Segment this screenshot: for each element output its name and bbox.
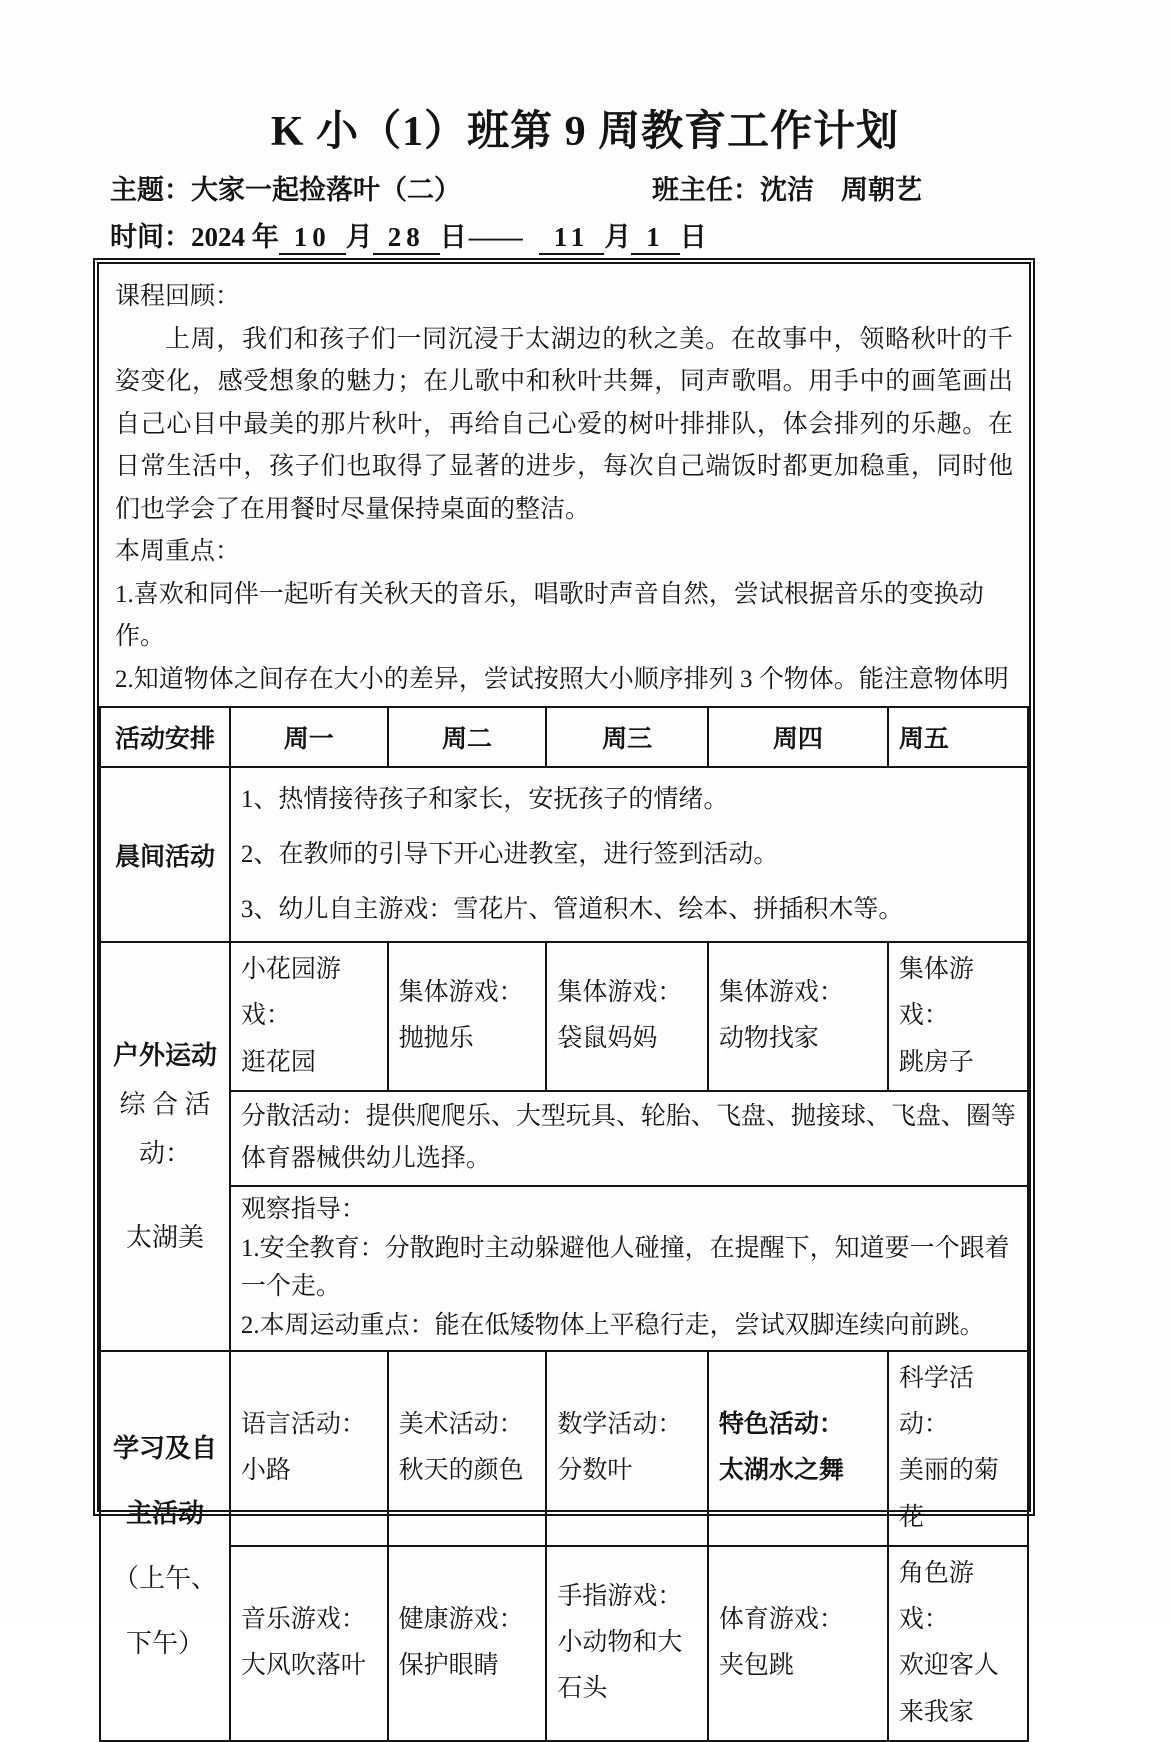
cell-name: 美丽的菊花	[899, 1448, 1017, 1541]
cell-title: 集体游戏：	[557, 970, 696, 1016]
learning-label-title: 学习及自 主活动	[111, 1416, 219, 1546]
morning-line-3: 3、幼儿自主游戏：雪花片、管道积木、绘本、拼插积木等。	[241, 882, 1017, 937]
page-title: K 小（1）班第 9 周教育工作计划	[0, 98, 1170, 158]
outdoor-label-theme: 太湖美	[111, 1213, 219, 1262]
cell-title: 健康游戏：	[399, 1597, 536, 1643]
learning-activity-label: 学习及自 主活动 （上午、 下午）	[100, 1351, 230, 1741]
cell-title: 集体游戏：	[399, 970, 536, 1016]
learning2-monday-cell: 音乐游戏： 大风吹落叶	[230, 1546, 388, 1741]
dispersed-activity-text: 分散活动：提供爬爬乐、大型玩具、轮胎、飞盘、抛接球、飞盘、圈等体育器械供幼儿选择…	[230, 1091, 1028, 1186]
learning-row-1: 学习及自 主活动 （上午、 下午） 语言活动： 小路 美术活动： 秋天的颜色 数…	[100, 1351, 1028, 1546]
cell-name: 小动物和大石头	[557, 1620, 696, 1713]
learning-row-2: 音乐游戏： 大风吹落叶 健康游戏： 保护眼睛 手指游戏： 小动物和大石头 体育游…	[100, 1546, 1028, 1741]
outdoor-thursday-cell: 集体游戏： 动物找家	[708, 942, 888, 1091]
month-unit: 月	[604, 222, 631, 252]
cell-title: 集体游戏：	[719, 970, 877, 1016]
cell-name: 夹包跳	[719, 1643, 877, 1689]
column-header-wednesday: 周三	[546, 707, 707, 767]
dispersed-activity-row: 分散活动：提供爬爬乐、大型玩具、轮胎、飞盘、抛接球、飞盘、圈等体育器械供幼儿选择…	[100, 1091, 1028, 1186]
weekly-focus-heading: 本周重点：	[115, 531, 1013, 574]
learning2-friday-cell: 角色游戏： 欢迎客人来我家	[888, 1546, 1028, 1741]
morning-activity-row: 晨间活动 1、热情接待孩子和家长，安抚孩子的情绪。 2、在教师的引导下开心进教室…	[100, 767, 1028, 942]
outdoor-friday-cell: 集体游戏： 跳房子	[888, 942, 1028, 1091]
learning1-wednesday-cell: 数学活动： 分数叶	[546, 1351, 707, 1546]
cell-name: 跳房子	[899, 1040, 1017, 1086]
cell-title: 科学活动：	[899, 1356, 1017, 1449]
cell-name: 小路	[241, 1448, 377, 1494]
cell-title: 手指游戏：	[557, 1574, 696, 1620]
cell-title: 美术活动：	[399, 1402, 536, 1448]
focus-item-2: 2.知道物体之间存在大小的差异，尝试按照大小顺序排列 3 个物体。能注意物体明显…	[115, 659, 1013, 707]
morning-line-1: 1、热情接待孩子和家长，安抚孩子的情绪。	[241, 772, 1017, 827]
review-heading: 课程回顾：	[115, 276, 1013, 319]
intro-text-block: 课程回顾： 上周，我们和孩子们一同沉浸于太湖边的秋之美。在故事中，领略秋叶的千姿…	[99, 264, 1029, 706]
cell-name: 袋鼠妈妈	[557, 1016, 696, 1062]
head-teacher-label: 班主任：沈洁 周朝艺	[652, 168, 922, 207]
cell-title: 数学活动：	[557, 1402, 696, 1448]
observation-item-2: 2.本周运动重点：能在低矮物体上平稳行走，尝试双脚连续向前跳。	[241, 1307, 1017, 1346]
column-header-tuesday: 周二	[388, 707, 547, 767]
cell-name: 欢迎客人来我家	[899, 1643, 1017, 1736]
start-month-value: 10	[279, 222, 346, 255]
day-unit: 日	[680, 222, 707, 252]
start-day-value: 28	[373, 222, 440, 255]
outdoor-tuesday-cell: 集体游戏： 抛抛乐	[388, 942, 547, 1091]
spacer	[111, 1179, 219, 1213]
observation-guidance-cell: 观察指导： 1.安全教育：分散跑时主动躲避他人碰撞，在提醒下，知道要一个跟着一个…	[230, 1186, 1028, 1351]
learning2-thursday-cell: 体育游戏： 夹包跳	[708, 1546, 888, 1741]
outdoor-label-subtitle: 综 合 活 动：	[111, 1080, 219, 1179]
cell-name: 秋天的颜色	[399, 1448, 536, 1494]
learning2-tuesday-cell: 健康游戏： 保护眼睛	[388, 1546, 547, 1741]
outdoor-sports-label: 户外运动 综 合 活 动： 太湖美	[100, 942, 230, 1351]
cell-name: 保护眼睛	[399, 1643, 536, 1689]
cell-title: 小花园游戏：	[241, 947, 377, 1040]
cell-title: 角色游戏：	[899, 1551, 1017, 1644]
end-month-value: 11	[539, 222, 605, 255]
learning-label-time: （上午、 下午）	[111, 1546, 219, 1676]
date-range-dash: ——	[467, 222, 525, 252]
morning-line-2: 2、在教师的引导下开心进教室，进行签到活动。	[241, 827, 1017, 882]
outdoor-label-title: 户外运动	[111, 1031, 219, 1080]
theme-label: 主题：大家一起捡落叶（二）	[110, 168, 461, 207]
table-header-row: 活动安排 周一 周二 周三 周四 周五	[100, 707, 1028, 767]
cell-name: 太湖水之舞	[719, 1448, 877, 1494]
column-header-thursday: 周四	[708, 707, 888, 767]
content-box: 课程回顾： 上周，我们和孩子们一同沉浸于太湖边的秋之美。在故事中，领略秋叶的千姿…	[93, 258, 1035, 1516]
observation-heading: 观察指导：	[241, 1191, 1017, 1230]
document-page: K 小（1）班第 9 周教育工作计划 主题：大家一起捡落叶（二） 班主任：沈洁 …	[0, 0, 1170, 1620]
cell-title: 体育游戏：	[719, 1597, 877, 1643]
info-row: 主题：大家一起捡落叶（二） 班主任：沈洁 周朝艺	[0, 168, 1170, 204]
morning-activity-content: 1、热情接待孩子和家长，安抚孩子的情绪。 2、在教师的引导下开心进教室，进行签到…	[230, 767, 1028, 942]
morning-activity-label: 晨间活动	[100, 767, 230, 942]
observation-guidance-row: 观察指导： 1.安全教育：分散跑时主动躲避他人碰撞，在提醒下，知道要一个跟着一个…	[100, 1186, 1028, 1351]
time-line: 时间：2024 年10月28日——11月1日	[110, 215, 707, 255]
schedule-table: 活动安排 周一 周二 周三 周四 周五 晨间活动 1、热情接待孩子和家长，安抚孩…	[99, 706, 1029, 1742]
day-unit: 日	[440, 222, 467, 252]
cell-name: 抛抛乐	[399, 1016, 536, 1062]
cell-title: 特色活动：	[719, 1402, 877, 1448]
column-header-monday: 周一	[230, 707, 388, 767]
outdoor-monday-cell: 小花园游戏： 逛花园	[230, 942, 388, 1091]
cell-title: 语言活动：	[241, 1402, 377, 1448]
focus-item-1: 1.喜欢和同伴一起听有关秋天的音乐，唱歌时声音自然，尝试根据音乐的变换动作。	[115, 574, 1013, 659]
review-paragraph: 上周，我们和孩子们一同沉浸于太湖边的秋之美。在故事中，领略秋叶的千姿变化，感受想…	[115, 319, 1013, 532]
cell-name: 逛花园	[241, 1040, 377, 1086]
cell-name: 大风吹落叶	[241, 1643, 377, 1689]
cell-title: 音乐游戏：	[241, 1597, 377, 1643]
cell-title: 集体游戏：	[899, 947, 1017, 1040]
learning1-tuesday-cell: 美术活动： 秋天的颜色	[388, 1351, 547, 1546]
learning2-wednesday-cell: 手指游戏： 小动物和大石头	[546, 1546, 707, 1741]
column-header-activities: 活动安排	[100, 707, 230, 767]
learning1-friday-cell: 科学活动： 美丽的菊花	[888, 1351, 1028, 1546]
learning1-thursday-cell-featured: 特色活动： 太湖水之舞	[708, 1351, 888, 1546]
cell-name: 分数叶	[557, 1448, 696, 1494]
time-prefix: 时间：2024 年	[110, 222, 279, 252]
column-header-friday: 周五	[888, 707, 1028, 767]
learning1-monday-cell: 语言活动： 小路	[230, 1351, 388, 1546]
end-day-value: 1	[631, 222, 680, 255]
outdoor-wednesday-cell: 集体游戏： 袋鼠妈妈	[546, 942, 707, 1091]
month-unit: 月	[346, 222, 373, 252]
observation-item-1: 1.安全教育：分散跑时主动躲避他人碰撞，在提醒下，知道要一个跟着一个走。	[241, 1230, 1017, 1308]
cell-name: 动物找家	[719, 1016, 877, 1062]
outdoor-day-games-row: 户外运动 综 合 活 动： 太湖美 小花园游戏： 逛花园 集体游戏： 抛抛乐 集…	[100, 942, 1028, 1091]
